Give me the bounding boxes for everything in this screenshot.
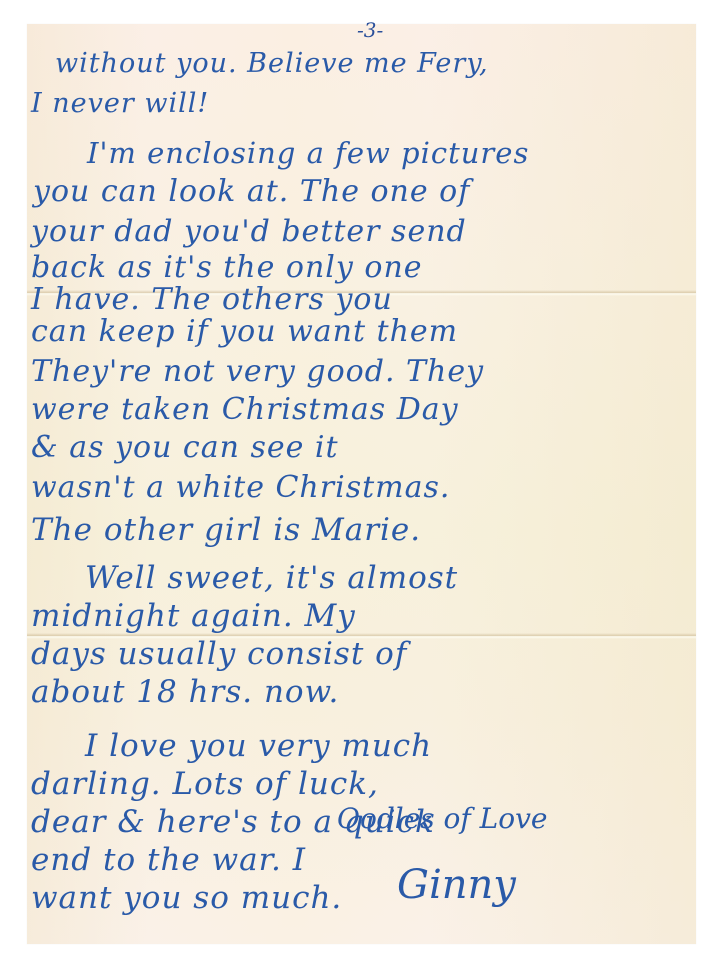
letter-line: back as it's the only one [31,250,423,285]
letter-line: wasn't a white Christmas. [31,470,450,505]
letter-page: -3- without you. Believe me Fery, I neve… [27,24,696,944]
letter-line: Well sweet, it's almost [85,560,458,596]
letter-signature: Ginny [397,862,516,908]
letter-line: you can look at. The one of [33,174,470,209]
letter-line: without you. Believe me Fery, [55,48,489,79]
letter-closing: Oodles of Love [337,802,548,835]
letter-line: days usually consist of [31,636,407,672]
letter-line: your dad you'd better send [31,214,467,249]
letter-line: about 18 hrs. now. [31,674,339,710]
letter-line: & as you can see it [31,430,339,465]
page-number: -3- [357,18,383,42]
letter-line: I love you very much [85,728,432,764]
letter-line: I have. The others you [31,282,393,317]
letter-line: end to the war. I [31,842,306,878]
letter-line: I'm enclosing a few pictures [87,136,529,170]
letter-line: midnight again. My [31,598,356,634]
letter-line: The other girl is Marie. [31,512,421,548]
letter-line: want you so much. [31,880,342,916]
letter-line: I never will! [31,88,209,119]
letter-line: were taken Christmas Day [31,392,459,427]
letter-line: They're not very good. They [31,354,484,389]
letter-line: darling. Lots of luck, [31,766,379,802]
letter-line: can keep if you want them [31,314,458,349]
